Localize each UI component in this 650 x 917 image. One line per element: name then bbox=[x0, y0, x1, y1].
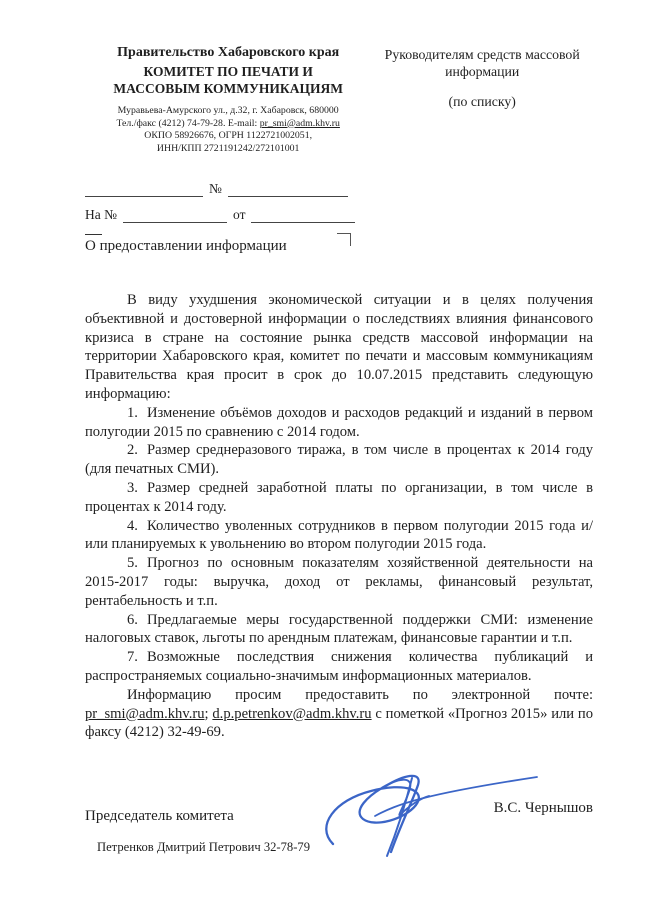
sender-org-block: Правительство Хабаровского края КОМИТЕТ … bbox=[85, 44, 371, 155]
addressee-line: Руководителям средств массовой информаци… bbox=[371, 46, 593, 80]
incoming-number-blank bbox=[123, 208, 227, 223]
intro-paragraph: В виду ухудшения экономической ситуации … bbox=[85, 291, 593, 404]
item-number: 6. bbox=[127, 612, 138, 628]
incoming-number-row: На № от bbox=[85, 197, 377, 223]
item-number: 5. bbox=[127, 555, 138, 571]
org-codes-line1: ОКПО 58926676, ОГРН 1122721002051, bbox=[85, 130, 371, 143]
contact-email-2: d.p.petrenkov@adm.khv.ru bbox=[212, 706, 371, 722]
list-item-6: 6.Предлагаемые меры государственной подд… bbox=[85, 611, 593, 649]
item-text: Возможные последствия снижения количеств… bbox=[85, 649, 593, 684]
letter-header: Правительство Хабаровского края КОМИТЕТ … bbox=[85, 44, 593, 155]
overline-mark bbox=[85, 234, 102, 235]
list-item-3: 3.Размер средней заработной платы по орг… bbox=[85, 479, 593, 517]
org-contact-line: Тел./факс (4212) 74-79-28. E-mail: pr_sm… bbox=[85, 118, 371, 131]
org-codes-line2: ИНН/КПП 2721191242/272101001 bbox=[85, 143, 371, 156]
org-committee-line1: КОМИТЕТ ПО ПЕЧАТИ И bbox=[85, 64, 371, 81]
item-text: Предлагаемые меры государственной поддер… bbox=[85, 612, 593, 647]
list-item-5: 5.Прогноз по основным показателям хозяйс… bbox=[85, 554, 593, 610]
letter-body: В виду ухудшения экономической ситуации … bbox=[85, 291, 593, 742]
item-number: 4. bbox=[127, 518, 138, 534]
item-text: Размер средней заработной платы по орган… bbox=[85, 480, 593, 515]
closing-paragraph: Информацию просим предоставить по электр… bbox=[85, 686, 593, 742]
na-number-label: На № bbox=[85, 207, 123, 223]
item-number: 1. bbox=[127, 405, 138, 421]
item-text: Количество уволенных сотрудников в перво… bbox=[85, 518, 593, 553]
number-blank-line bbox=[228, 182, 348, 197]
incoming-date-blank bbox=[251, 208, 355, 223]
closing-prefix: Информацию просим предоставить по электр… bbox=[127, 687, 593, 703]
outgoing-number-row: № bbox=[85, 171, 377, 197]
org-address: Муравьева-Амурского ул., д.32, г. Хабаро… bbox=[85, 105, 371, 118]
org-email: pr_smi@adm.khv.ru bbox=[260, 118, 340, 129]
reference-lines: № На № от bbox=[85, 171, 377, 223]
item-number: 7. bbox=[127, 649, 138, 665]
date-blank-line bbox=[85, 182, 203, 197]
org-requisites: Муравьева-Амурского ул., д.32, г. Хабаро… bbox=[85, 105, 371, 155]
item-text: Прогноз по основным показателям хозяйств… bbox=[85, 555, 593, 609]
scanned-letter-page: Правительство Хабаровского края КОМИТЕТ … bbox=[0, 0, 650, 917]
subject-line: О предоставлении информации bbox=[85, 238, 287, 254]
item-text: Изменение объёмов доходов и расходов ред… bbox=[85, 405, 593, 440]
list-item-7: 7.Возможные последствия снижения количес… bbox=[85, 648, 593, 686]
executor-contact: Петренков Дмитрий Петрович 32-78-79 bbox=[97, 840, 310, 855]
item-text: Размер среднеразового тиража, в том числ… bbox=[85, 442, 593, 477]
corner-mark bbox=[337, 233, 351, 246]
addressee-note: (по списку) bbox=[371, 94, 593, 110]
subject-row: О предоставлении информации bbox=[85, 237, 593, 263]
ot-label: от bbox=[227, 207, 251, 223]
item-number: 3. bbox=[127, 480, 138, 496]
signer-name: В.С. Чернышов bbox=[494, 800, 593, 817]
org-committee-line2: МАССОВЫМ КОММУНИКАЦИЯМ bbox=[85, 81, 371, 98]
org-government-line: Правительство Хабаровского края bbox=[85, 44, 371, 61]
addressee-block: Руководителям средств массовой информаци… bbox=[371, 44, 593, 110]
item-number: 2. bbox=[127, 442, 138, 458]
contact-email-1: pr_smi@adm.khv.ru bbox=[85, 706, 205, 722]
list-item-4: 4.Количество уволенных сотрудников в пер… bbox=[85, 517, 593, 555]
signer-title: Председатель комитета bbox=[85, 808, 234, 825]
number-sign-label: № bbox=[203, 181, 228, 197]
list-item-1: 1.Изменение объёмов доходов и расходов р… bbox=[85, 404, 593, 442]
list-item-2: 2.Размер среднеразового тиража, в том чи… bbox=[85, 441, 593, 479]
